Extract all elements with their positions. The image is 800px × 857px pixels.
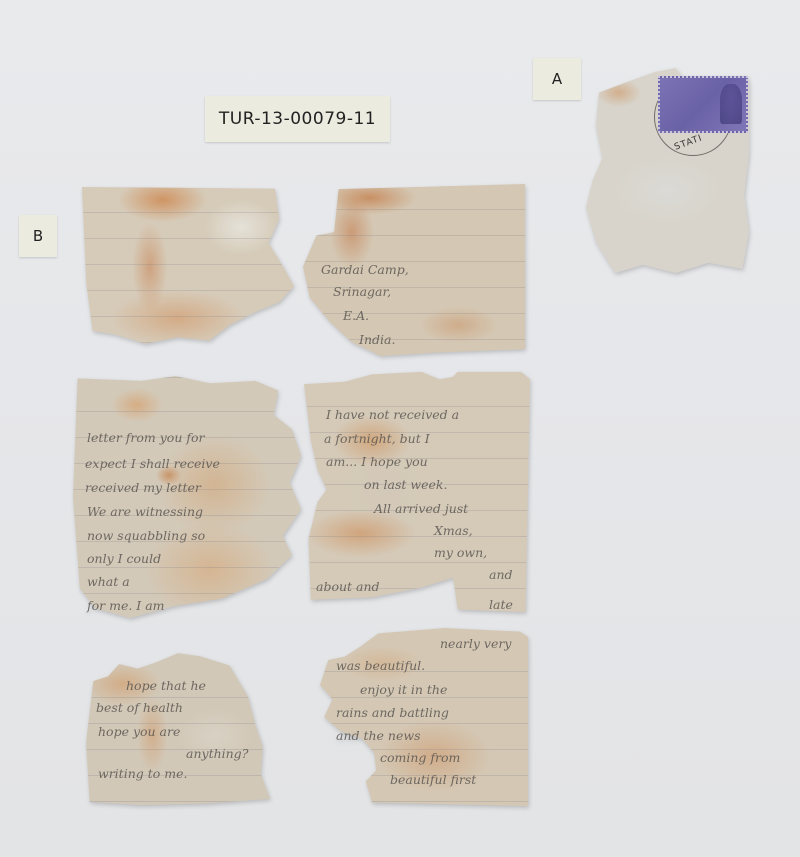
envelope-fragment: STATI	[586, 68, 749, 273]
letter-fragment-bottom-right: nearly very was beautiful. enjoy it in t…	[320, 628, 528, 806]
letter-line: late	[489, 597, 513, 612]
letter-line: I have not received a	[326, 407, 459, 422]
letter-line: now squabbling so	[87, 528, 205, 543]
letter-line: We are witnessing	[87, 504, 203, 519]
letter-line: rains and battling	[336, 705, 449, 720]
letter-line: coming from	[380, 750, 460, 765]
letter-line: hope that he	[126, 678, 206, 693]
letter-line: my own,	[434, 545, 487, 560]
letter-fragment-bottom-left: hope that he best of health hope you are…	[86, 650, 270, 805]
letter-line: on last week.	[364, 477, 447, 492]
stamp-portrait	[720, 84, 742, 124]
letter-line: received my letter	[85, 480, 201, 495]
letter-line: anything?	[186, 746, 248, 761]
letter-line: letter from you for	[87, 430, 204, 445]
letter-line: for me. I am	[87, 598, 165, 613]
letter-line: am... I hope you	[326, 454, 428, 469]
letter-line: writing to me.	[98, 766, 187, 781]
piece-b-label: B	[19, 215, 57, 257]
letter-line: and the news	[336, 728, 421, 743]
letter-line: and	[489, 567, 513, 582]
address-line: Gardai Camp,	[321, 262, 409, 277]
letter-line: a fortnight, but I	[324, 431, 430, 446]
letter-line: nearly very	[440, 636, 511, 651]
address-line: Srinagar,	[333, 284, 391, 299]
letter-line: All arrived just	[374, 501, 468, 516]
letter-line: Xmas,	[434, 523, 473, 538]
postage-stamp-icon	[658, 76, 748, 133]
letter-line: only I could	[87, 551, 161, 566]
letter-fragment-left: letter from you for expect I shall recei…	[73, 376, 301, 618]
letter-fragment-right: I have not received a a fortnight, but I…	[304, 367, 530, 612]
address-line: E.A.	[343, 308, 369, 323]
letter-line: enjoy it in the	[360, 682, 447, 697]
letter-line: was beautiful.	[336, 658, 425, 673]
piece-a-label: A	[533, 58, 581, 100]
letter-line: beautiful first	[390, 772, 476, 787]
reference-label: TUR-13-00079-11	[205, 96, 390, 142]
address-fragment: Gardai Camp, Srinagar, E.A. India.	[303, 184, 525, 356]
address-line: India.	[359, 332, 395, 347]
letter-line: about and	[316, 579, 380, 594]
stained-fragment-top-left	[82, 187, 294, 347]
letter-line: best of health	[96, 700, 183, 715]
letter-line: expect I shall receive	[85, 456, 220, 471]
letter-line: hope you are	[98, 724, 180, 739]
paper	[82, 187, 294, 347]
letter-line: what a	[87, 574, 130, 589]
